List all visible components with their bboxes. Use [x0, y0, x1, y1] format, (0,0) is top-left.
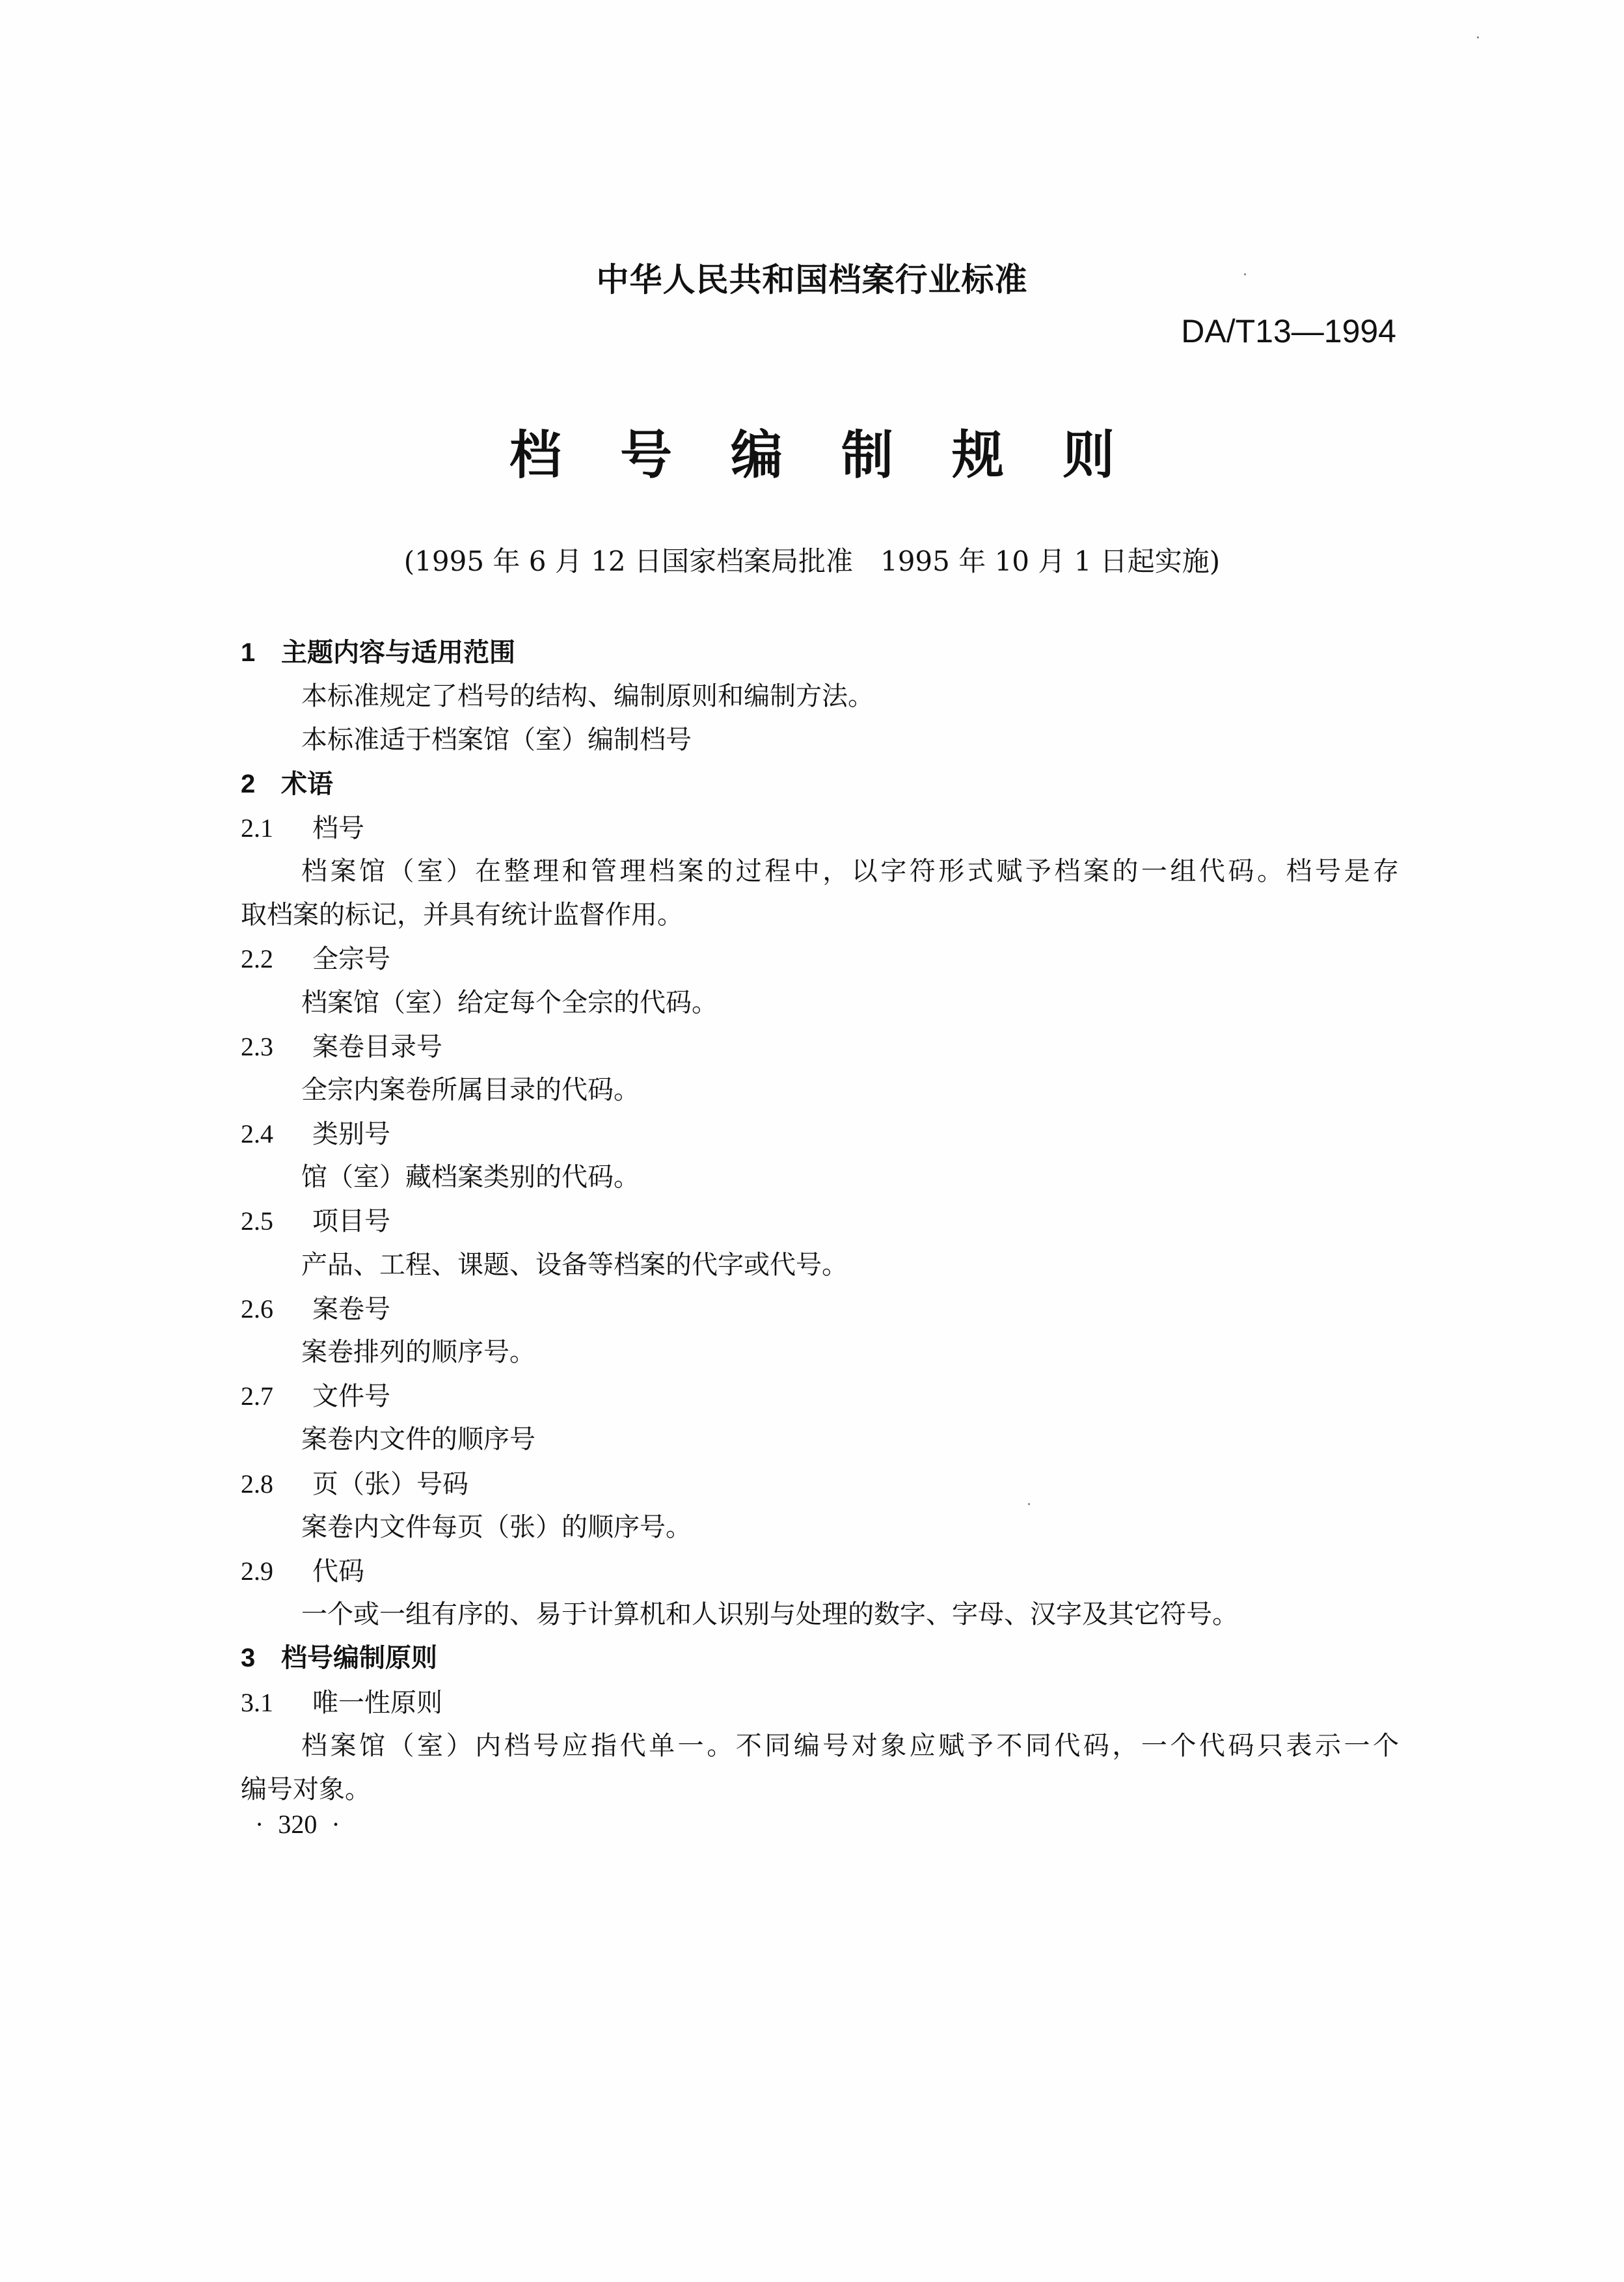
document-body: 1主题内容与适用范围 本标准规定了档号的结构、编制原则和编制方法。 本标准适于档… [241, 631, 1399, 1812]
term-label: 案卷目录号 [312, 1032, 442, 1062]
term-definition: 馆（室）藏档案类别的代码。 [241, 1156, 1399, 1199]
section-heading-1: 1主题内容与适用范围 [241, 631, 1399, 675]
term-definition: 产品、工程、课题、设备等档案的代字或代号。 [241, 1243, 1399, 1287]
standard-code: DA/T13—1994 [1181, 312, 1396, 350]
term-label: 案卷号 [312, 1294, 390, 1324]
subsection-heading: 3.1唯一性原则 [241, 1681, 1399, 1724]
term-label: 档号 [312, 813, 364, 843]
section-title: 档号编制原则 [281, 1643, 437, 1673]
term-heading: 2.8页（张）号码 [241, 1462, 1399, 1506]
term-definition: 档案馆（室）在整理和管理档案的过程中，以字符形式赋予档案的一组代码。档号是存 [241, 850, 1399, 893]
scan-speck [1477, 36, 1479, 38]
term-heading: 2.7文件号 [241, 1374, 1399, 1418]
page-number: 320 [278, 1810, 317, 1839]
section-heading-3: 3档号编制原则 [241, 1637, 1399, 1680]
term-number: 2.8 [241, 1462, 312, 1506]
section-number: 3 [241, 1637, 281, 1680]
subsection-text-continued: 编号对象。 [241, 1768, 1399, 1812]
term-number: 2.5 [241, 1199, 312, 1243]
term-definition-continued: 取档案的标记，并具有统计监督作用。 [241, 893, 1399, 937]
term-label: 全宗号 [312, 944, 390, 974]
term-heading: 2.2全宗号 [241, 937, 1399, 981]
term-number: 2.9 [241, 1549, 312, 1593]
paragraph: 本标准规定了档号的结构、编制原则和编制方法。 [241, 675, 1399, 718]
term-heading: 2.3案卷目录号 [241, 1025, 1399, 1068]
subsection-text: 档案馆（室）内档号应指代单一。不同编号对象应赋予不同代码，一个代码只表示一个 [241, 1724, 1399, 1768]
term-label: 页（张）号码 [312, 1469, 468, 1499]
paragraph: 本标准适于档案馆（室）编制档号 [241, 718, 1399, 762]
term-number: 2.1 [241, 806, 312, 850]
term-definition: 案卷内文件每页（张）的顺序号。 [241, 1506, 1399, 1549]
document-title: 档号编制规则 [0, 413, 1624, 488]
term-heading: 2.5项目号 [241, 1199, 1399, 1243]
section-title: 术语 [281, 769, 333, 799]
section-number: 1 [241, 631, 281, 675]
document-page: 中华人民共和国档案行业标准 DA/T13—1994 档号编制规则 (1995 年… [0, 0, 1624, 2282]
term-number: 2.7 [241, 1374, 312, 1418]
term-definition: 案卷内文件的顺序号 [241, 1418, 1399, 1461]
term-number: 2.2 [241, 937, 312, 981]
term-heading: 2.4类别号 [241, 1112, 1399, 1156]
term-label: 类别号 [312, 1119, 390, 1149]
term-label: 文件号 [312, 1381, 390, 1411]
page-number-footer: ·320· [241, 1809, 355, 1840]
approval-note: (1995 年 6 月 12 日国家档案局批准 1995 年 10 月 1 日起… [0, 540, 1624, 579]
section-title: 主题内容与适用范围 [281, 638, 515, 668]
term-label: 代码 [312, 1556, 364, 1586]
standard-category-header: 中华人民共和国档案行业标准 [0, 254, 1624, 301]
bullet-dot: · [255, 1809, 264, 1840]
term-heading: 2.1档号 [241, 806, 1399, 850]
term-label: 项目号 [312, 1206, 390, 1236]
scan-speck [1028, 1503, 1030, 1505]
bullet-dot: · [331, 1809, 340, 1840]
term-number: 2.6 [241, 1287, 312, 1331]
section-heading-2: 2术语 [241, 763, 1399, 806]
term-definition: 案卷排列的顺序号。 [241, 1331, 1399, 1374]
term-definition: 档案馆（室）给定每个全宗的代码。 [241, 981, 1399, 1025]
term-heading: 2.6案卷号 [241, 1287, 1399, 1331]
scan-speck [1244, 273, 1246, 275]
section-number: 2 [241, 763, 281, 806]
subsection-title: 唯一性原则 [312, 1688, 442, 1718]
term-definition: 一个或一组有序的、易于计算机和人识别与处理的数字、字母、汉字及其它符号。 [241, 1593, 1399, 1637]
term-heading: 2.9代码 [241, 1549, 1399, 1593]
term-number: 2.3 [241, 1025, 312, 1068]
subsection-number: 3.1 [241, 1681, 312, 1724]
term-number: 2.4 [241, 1112, 312, 1156]
term-definition: 全宗内案卷所属目录的代码。 [241, 1068, 1399, 1112]
